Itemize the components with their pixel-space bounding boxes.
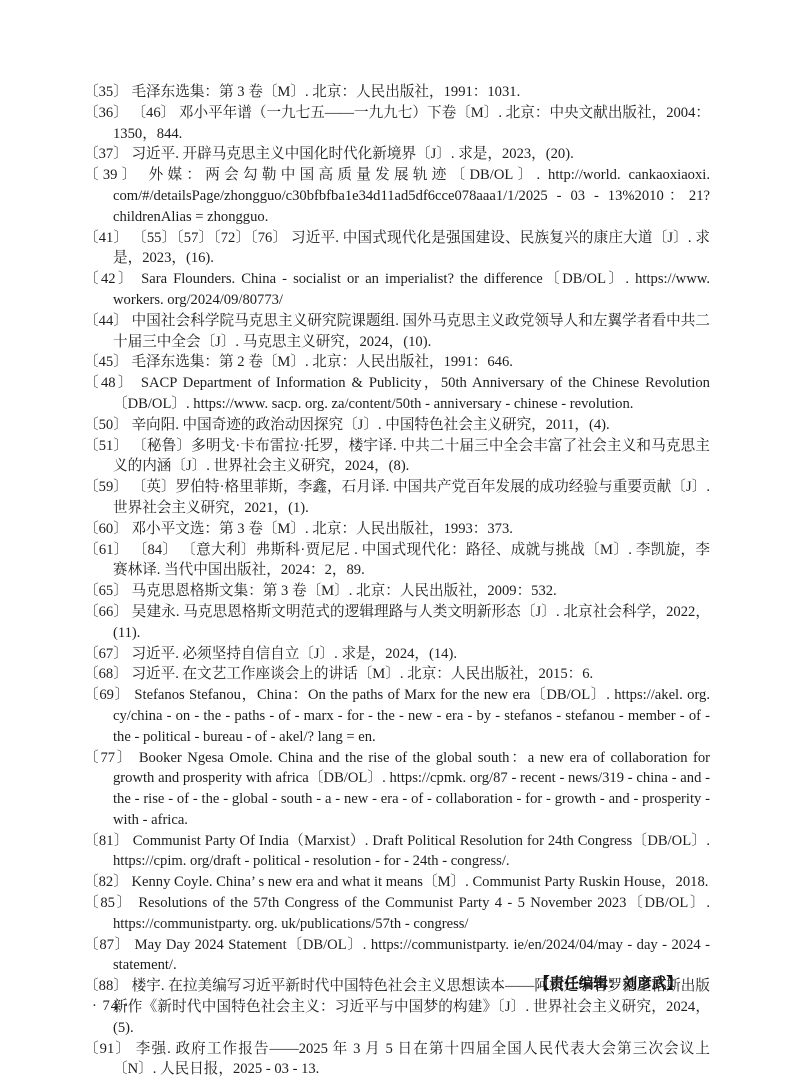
- reference-number: 〔50〕: [84, 417, 128, 433]
- reference-item: 〔51〕 〔秘鲁〕多明戈·卡布雷拉·托罗，楼宇译. 中共二十届三中全会丰富了社会…: [84, 436, 710, 478]
- document-page: 〔35〕 毛泽东选集：第 3 卷〔M〕. 北京：人民出版社，1991：1031.…: [0, 0, 793, 1077]
- reference-text: 〔55〕〔57〕〔72〕〔76〕 习近平. 中国式现代化是强国建设、民族复兴的康…: [113, 230, 710, 267]
- reference-item: 〔39〕 外媒：两会勾勒中国高质量发展轨迹〔DB/OL〕. http://wor…: [84, 165, 710, 227]
- reference-item: 〔48〕 SACP Department of Information & Pu…: [84, 373, 710, 415]
- reference-number: 〔82〕: [84, 874, 128, 890]
- reference-text: 〔秘鲁〕多明戈·卡布雷拉·托罗，楼宇译. 中共二十届三中全会丰富了社会主义和马克…: [113, 438, 710, 475]
- reference-number: 〔81〕: [84, 833, 129, 849]
- reference-item: 〔68〕 习近平. 在文艺工作座谈会上的讲话〔M〕. 北京：人民出版社，2015…: [84, 664, 710, 685]
- reference-text: Stefanos Stefanou，China：On the paths of …: [113, 687, 710, 745]
- reference-text: 马克思恩格斯文集：第 3 卷〔M〕. 北京：人民出版社，2009：532.: [131, 583, 556, 599]
- reference-item: 〔45〕 毛泽东选集：第 2 卷〔M〕. 北京：人民出版社，1991：646.: [84, 352, 710, 373]
- reference-number: 〔61〕: [84, 542, 129, 558]
- reference-text: 吴建永. 马克思恩格斯文明范式的逻辑理路与人类文明新形态〔J〕. 北京社会科学，…: [113, 604, 710, 641]
- reference-item: 〔36〕 〔46〕 邓小平年谱（一九七五——一九九七）下卷〔M〕. 北京：中央文…: [84, 103, 710, 145]
- reference-number: 〔68〕: [84, 666, 128, 682]
- reference-text: 习近平. 必须坚持自信自立〔J〕. 求是，2024，(14).: [131, 646, 457, 662]
- reference-text: 〔46〕 邓小平年谱（一九七五——一九九七）下卷〔M〕. 北京：中央文献出版社，…: [113, 105, 710, 142]
- reference-text: 习近平. 开辟马克思主义中国化时代化新境界〔J〕. 求是，2023，(20).: [131, 146, 573, 162]
- reference-number: 〔88〕: [84, 978, 128, 994]
- reference-list: 〔35〕 毛泽东选集：第 3 卷〔M〕. 北京：人民出版社，1991：1031.…: [84, 82, 710, 1077]
- reference-item: 〔77〕 Booker Ngesa Omole. China and the r…: [84, 748, 710, 831]
- reference-text: 毛泽东选集：第 2 卷〔M〕. 北京：人民出版社，1991：646.: [131, 354, 512, 370]
- reference-text: 习近平. 在文艺工作座谈会上的讲话〔M〕. 北京：人民出版社，2015：6.: [131, 666, 593, 682]
- responsible-editor-note: 【责任编辑：刘彦武】: [535, 972, 681, 993]
- reference-number: 〔69〕: [84, 687, 130, 703]
- reference-number: 〔41〕: [84, 230, 128, 246]
- reference-number: 〔67〕: [84, 646, 128, 662]
- reference-text: May Day 2024 Statement〔DB/OL〕. https://c…: [113, 937, 710, 974]
- reference-text: 辛向阳. 中国奇迹的政治动因探究〔J〕. 中国特色社会主义研究，2011，(4)…: [131, 417, 609, 433]
- reference-text: 中国社会科学院马克思主义研究院课题组. 国外马克思主义政党领导人和左翼学者看中共…: [113, 313, 710, 350]
- reference-item: 〔69〕 Stefanos Stefanou，China：On the path…: [84, 685, 710, 747]
- reference-number: 〔39〕: [84, 167, 141, 183]
- reference-text: 毛泽东选集：第 3 卷〔M〕. 北京：人民出版社，1991：1031.: [131, 84, 520, 100]
- reference-number: 〔87〕: [84, 937, 130, 953]
- reference-number: 〔44〕: [84, 313, 128, 329]
- reference-item: 〔41〕 〔55〕〔57〕〔72〕〔76〕 习近平. 中国式现代化是强国建设、民…: [84, 228, 710, 270]
- reference-text: Kenny Coyle. China’ s new era and what i…: [131, 874, 708, 890]
- reference-item: 〔42〕 Sara Flounders. China - socialist o…: [84, 269, 710, 311]
- reference-item: 〔87〕 May Day 2024 Statement〔DB/OL〕. http…: [84, 935, 710, 977]
- reference-text: 〔英〕罗伯特·格里菲斯，李鑫，石月译. 中国共产党百年发展的成功经验与重要贡献〔…: [113, 479, 710, 516]
- reference-item: 〔85〕 Resolutions of the 57th Congress of…: [84, 893, 710, 935]
- reference-item: 〔67〕 习近平. 必须坚持自信自立〔J〕. 求是，2024，(14).: [84, 644, 710, 665]
- reference-number: 〔45〕: [84, 354, 128, 370]
- reference-text: Communist Party Of India（Marxist）. Draft…: [113, 833, 710, 870]
- reference-number: 〔42〕: [84, 271, 135, 287]
- reference-text: Resolutions of the 57th Congress of the …: [113, 895, 710, 932]
- reference-number: 〔35〕: [84, 84, 128, 100]
- reference-text: 〔84〕 〔意大利〕弗斯科·贾尼尼 . 中国式现代化：路径、成就与挑战〔M〕. …: [113, 542, 710, 579]
- reference-text: Sara Flounders. China - socialist or an …: [113, 271, 710, 308]
- reference-item: 〔61〕 〔84〕 〔意大利〕弗斯科·贾尼尼 . 中国式现代化：路径、成就与挑战…: [84, 540, 710, 582]
- reference-text: 李强. 政府工作报告——2025 年 3 月 5 日在第十四届全国人民代表大会第…: [113, 1041, 710, 1077]
- reference-number: 〔59〕: [84, 479, 128, 495]
- reference-item: 〔91〕 李强. 政府工作报告——2025 年 3 月 5 日在第十四届全国人民…: [84, 1039, 710, 1077]
- page-number: · 74 ·: [92, 998, 130, 1015]
- reference-text: Booker Ngesa Omole. China and the rise o…: [113, 750, 710, 828]
- reference-item: 〔65〕 马克思恩格斯文集：第 3 卷〔M〕. 北京：人民出版社，2009：53…: [84, 581, 710, 602]
- reference-text: 邓小平文选：第 3 卷〔M〕. 北京：人民出版社，1993：373.: [131, 521, 512, 537]
- reference-number: 〔65〕: [84, 583, 128, 599]
- reference-item: 〔66〕 吴建永. 马克思恩格斯文明范式的逻辑理路与人类文明新形态〔J〕. 北京…: [84, 602, 710, 644]
- reference-number: 〔77〕: [84, 750, 133, 766]
- reference-item: 〔60〕 邓小平文选：第 3 卷〔M〕. 北京：人民出版社，1993：373.: [84, 519, 710, 540]
- reference-item: 〔59〕 〔英〕罗伯特·格里菲斯，李鑫，石月译. 中国共产党百年发展的成功经验与…: [84, 477, 710, 519]
- reference-item: 〔81〕 Communist Party Of India（Marxist）. …: [84, 831, 710, 873]
- reference-text: 外媒：两会勾勒中国高质量发展轨迹〔DB/OL〕. http://world. c…: [113, 167, 710, 225]
- reference-item: 〔44〕 中国社会科学院马克思主义研究院课题组. 国外马克思主义政党领导人和左翼…: [84, 311, 710, 353]
- reference-item: 〔35〕 毛泽东选集：第 3 卷〔M〕. 北京：人民出版社，1991：1031.: [84, 82, 710, 103]
- reference-number: 〔48〕: [84, 375, 135, 391]
- reference-number: 〔36〕: [84, 105, 128, 121]
- reference-text: SACP Department of Information & Publici…: [113, 375, 710, 412]
- reference-item: 〔50〕 辛向阳. 中国奇迹的政治动因探究〔J〕. 中国特色社会主义研究，201…: [84, 415, 710, 436]
- reference-number: 〔66〕: [84, 604, 128, 620]
- reference-item: 〔37〕 习近平. 开辟马克思主义中国化时代化新境界〔J〕. 求是，2023，(…: [84, 144, 710, 165]
- reference-item: 〔82〕 Kenny Coyle. China’ s new era and w…: [84, 872, 710, 893]
- reference-number: 〔85〕: [84, 895, 133, 911]
- reference-number: 〔60〕: [84, 521, 128, 537]
- reference-number: 〔37〕: [84, 146, 128, 162]
- reference-number: 〔91〕: [84, 1041, 131, 1057]
- reference-number: 〔51〕: [84, 438, 128, 454]
